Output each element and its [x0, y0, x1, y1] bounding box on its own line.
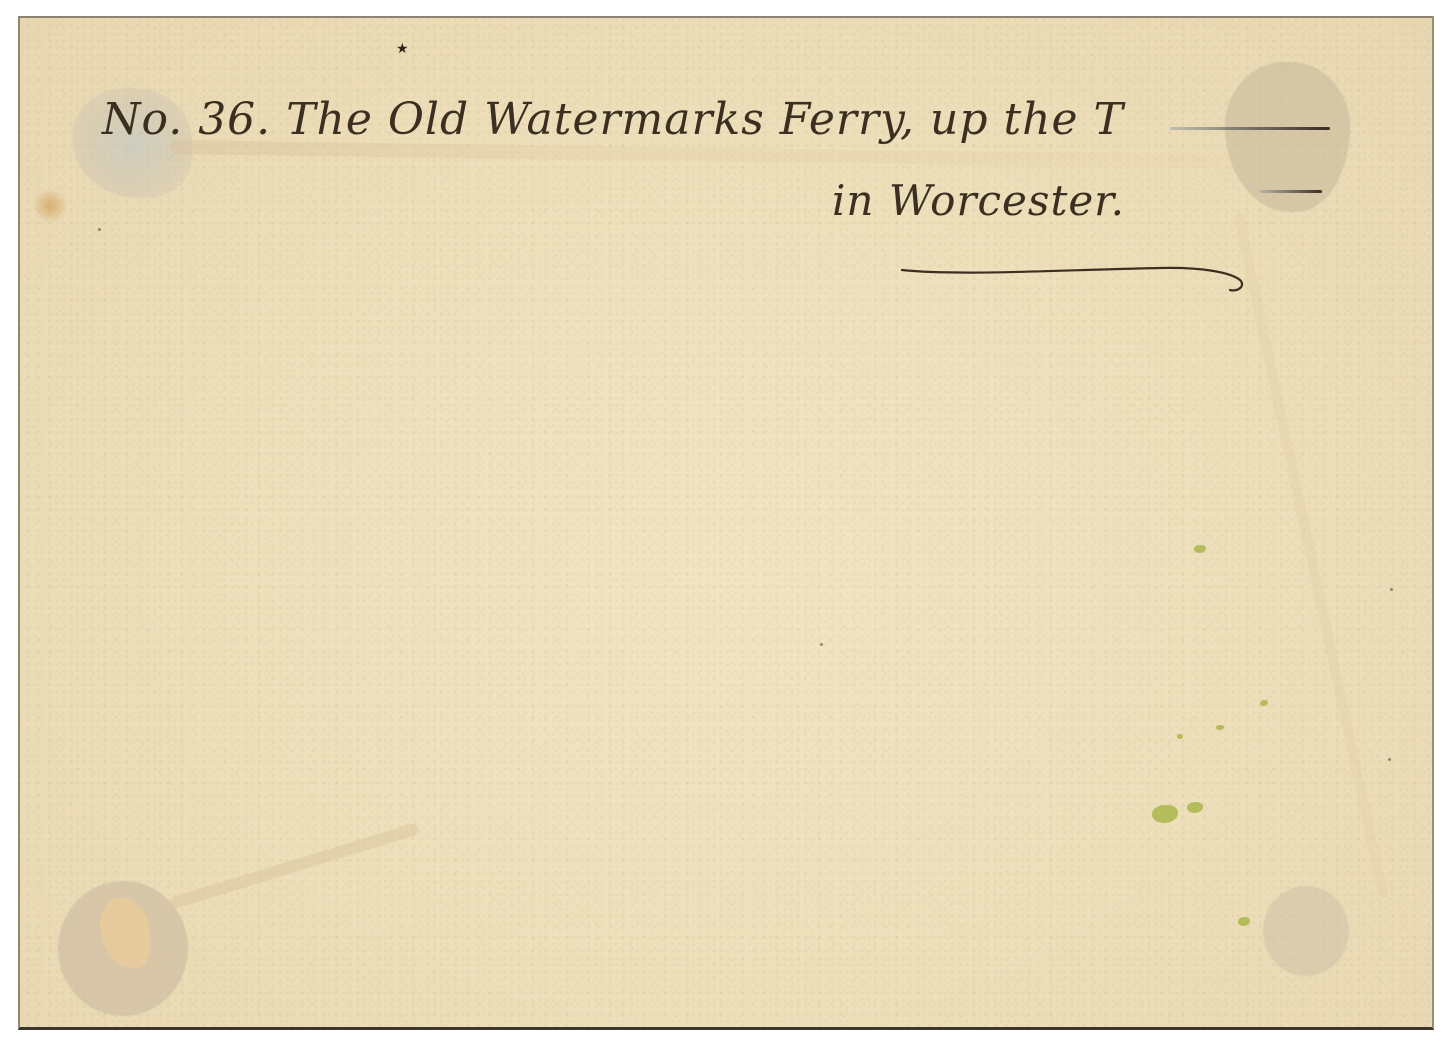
green-paint-spot [1177, 734, 1183, 739]
speck [1390, 588, 1393, 591]
ink-mark: ★ [396, 42, 409, 56]
water-stain-trail-right [1233, 212, 1388, 899]
water-stain-bottom-right [1263, 886, 1349, 976]
card-reverse: ★ No. 36. The Old Watermarks Ferry, up t… [18, 16, 1434, 1030]
underline-flourish [900, 266, 1260, 306]
speck [1388, 758, 1391, 761]
water-stain-trail-bottom-left [168, 822, 420, 909]
green-paint-spot [1194, 545, 1206, 553]
speck [820, 643, 823, 646]
green-paint-spot [1260, 700, 1268, 706]
green-paint-spot [1238, 917, 1250, 926]
speck [98, 228, 101, 231]
paper-texture [20, 18, 1432, 1027]
faded-ink-dash [1170, 127, 1330, 130]
green-paint-spot [1216, 725, 1224, 730]
inscription-line-1: No. 36. The Old Watermarks Ferry, up the… [102, 94, 1124, 145]
foxing-spot [32, 188, 68, 224]
inscription-line-2: in Worcester. [832, 176, 1125, 225]
green-paint-spot [1152, 805, 1178, 823]
faded-ink-dash [1260, 190, 1322, 193]
green-paint-spot [1187, 802, 1203, 813]
